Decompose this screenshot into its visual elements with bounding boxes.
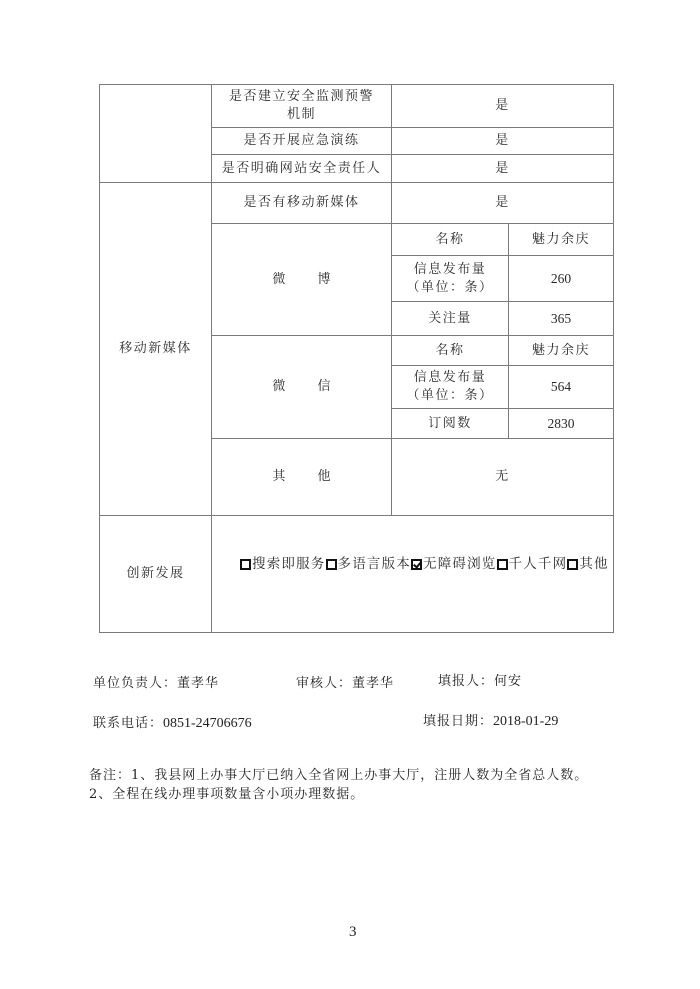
filler: 填报人：何安 <box>438 670 522 689</box>
note-line-2: 2、全程在线办理事项数量含小项办理数据。 <box>89 783 364 802</box>
has-mobile-value: 是 <box>391 182 614 224</box>
security-owner-label: 是否明确网站安全责任人 <box>211 154 392 183</box>
contact-phone: 联系电话：0851-24706676 <box>93 712 252 732</box>
mobile-media-section-label: 移动新媒体 <box>99 182 212 516</box>
other-media-label: 其 他 <box>211 438 392 516</box>
option-label-search-service: 搜索即服务 <box>252 555 326 573</box>
weibo-followers-value: 365 <box>508 301 614 336</box>
wechat-name-value: 魅力余庆 <box>508 335 614 366</box>
weibo-label: 微 博 <box>211 223 392 336</box>
has-mobile-label: 是否有移动新媒体 <box>211 182 392 224</box>
wechat-label: 微 信 <box>211 335 392 439</box>
wechat-subscribers-label: 订阅数 <box>391 408 509 439</box>
fill-date: 填报日期：2018-01-29 <box>423 710 558 730</box>
option-label-multilanguage: 多语言版本 <box>338 555 412 573</box>
unit-head: 单位负责人：董孝华 <box>93 672 219 691</box>
other-media-value: 无 <box>391 438 614 516</box>
checkbox-other[interactable] <box>567 559 578 570</box>
checkbox-multilanguage[interactable] <box>326 559 337 570</box>
note-line-1: 备注：1、我县网上办事大厅已纳入全省网上办事大厅，注册人数为全省总人数。 <box>89 764 588 783</box>
emergency-drill-label: 是否开展应急演练 <box>211 127 392 155</box>
checkbox-search-service[interactable] <box>240 559 251 570</box>
reviewer: 审核人：董孝华 <box>296 672 394 691</box>
security-monitoring-label: 是否建立安全监测预警 机制 <box>211 84 392 128</box>
security-monitoring-value: 是 <box>391 84 614 128</box>
option-label-other: 其他 <box>579 555 608 573</box>
wechat-posts-value: 564 <box>508 365 614 409</box>
weibo-followers-label: 关注量 <box>391 301 509 336</box>
weibo-posts-value: 260 <box>508 255 614 302</box>
checkbox-personalized[interactable] <box>497 559 508 570</box>
weibo-name-value: 魅力余庆 <box>508 223 614 256</box>
security-section-label-cell <box>99 84 212 183</box>
option-label-personalized: 千人千网 <box>509 555 568 573</box>
security-owner-value: 是 <box>391 154 614 183</box>
innovation-options-cell: 搜索即服务 多语言版本 无障碍浏览 千人千网 其他 <box>211 515 614 633</box>
wechat-posts-label: 信息发布量 （单位：条） <box>391 365 509 409</box>
wechat-subscribers-value: 2830 <box>508 408 614 439</box>
weibo-posts-label: 信息发布量 （单位：条） <box>391 255 509 302</box>
wechat-name-label: 名称 <box>391 335 509 366</box>
emergency-drill-value: 是 <box>391 127 614 155</box>
option-label-accessibility: 无障碍浏览 <box>423 555 497 573</box>
innovation-options: 搜索即服务 多语言版本 无障碍浏览 千人千网 其他 <box>240 555 609 573</box>
report-table: 是否建立安全监测预警 机制 是 是否开展应急演练 是 是否明确网站安全责任人 是… <box>99 84 614 633</box>
page-number: 3 <box>349 924 357 941</box>
weibo-name-label: 名称 <box>391 223 509 256</box>
innovation-section-label: 创新发展 <box>99 515 212 633</box>
checkbox-accessibility[interactable] <box>411 559 422 570</box>
